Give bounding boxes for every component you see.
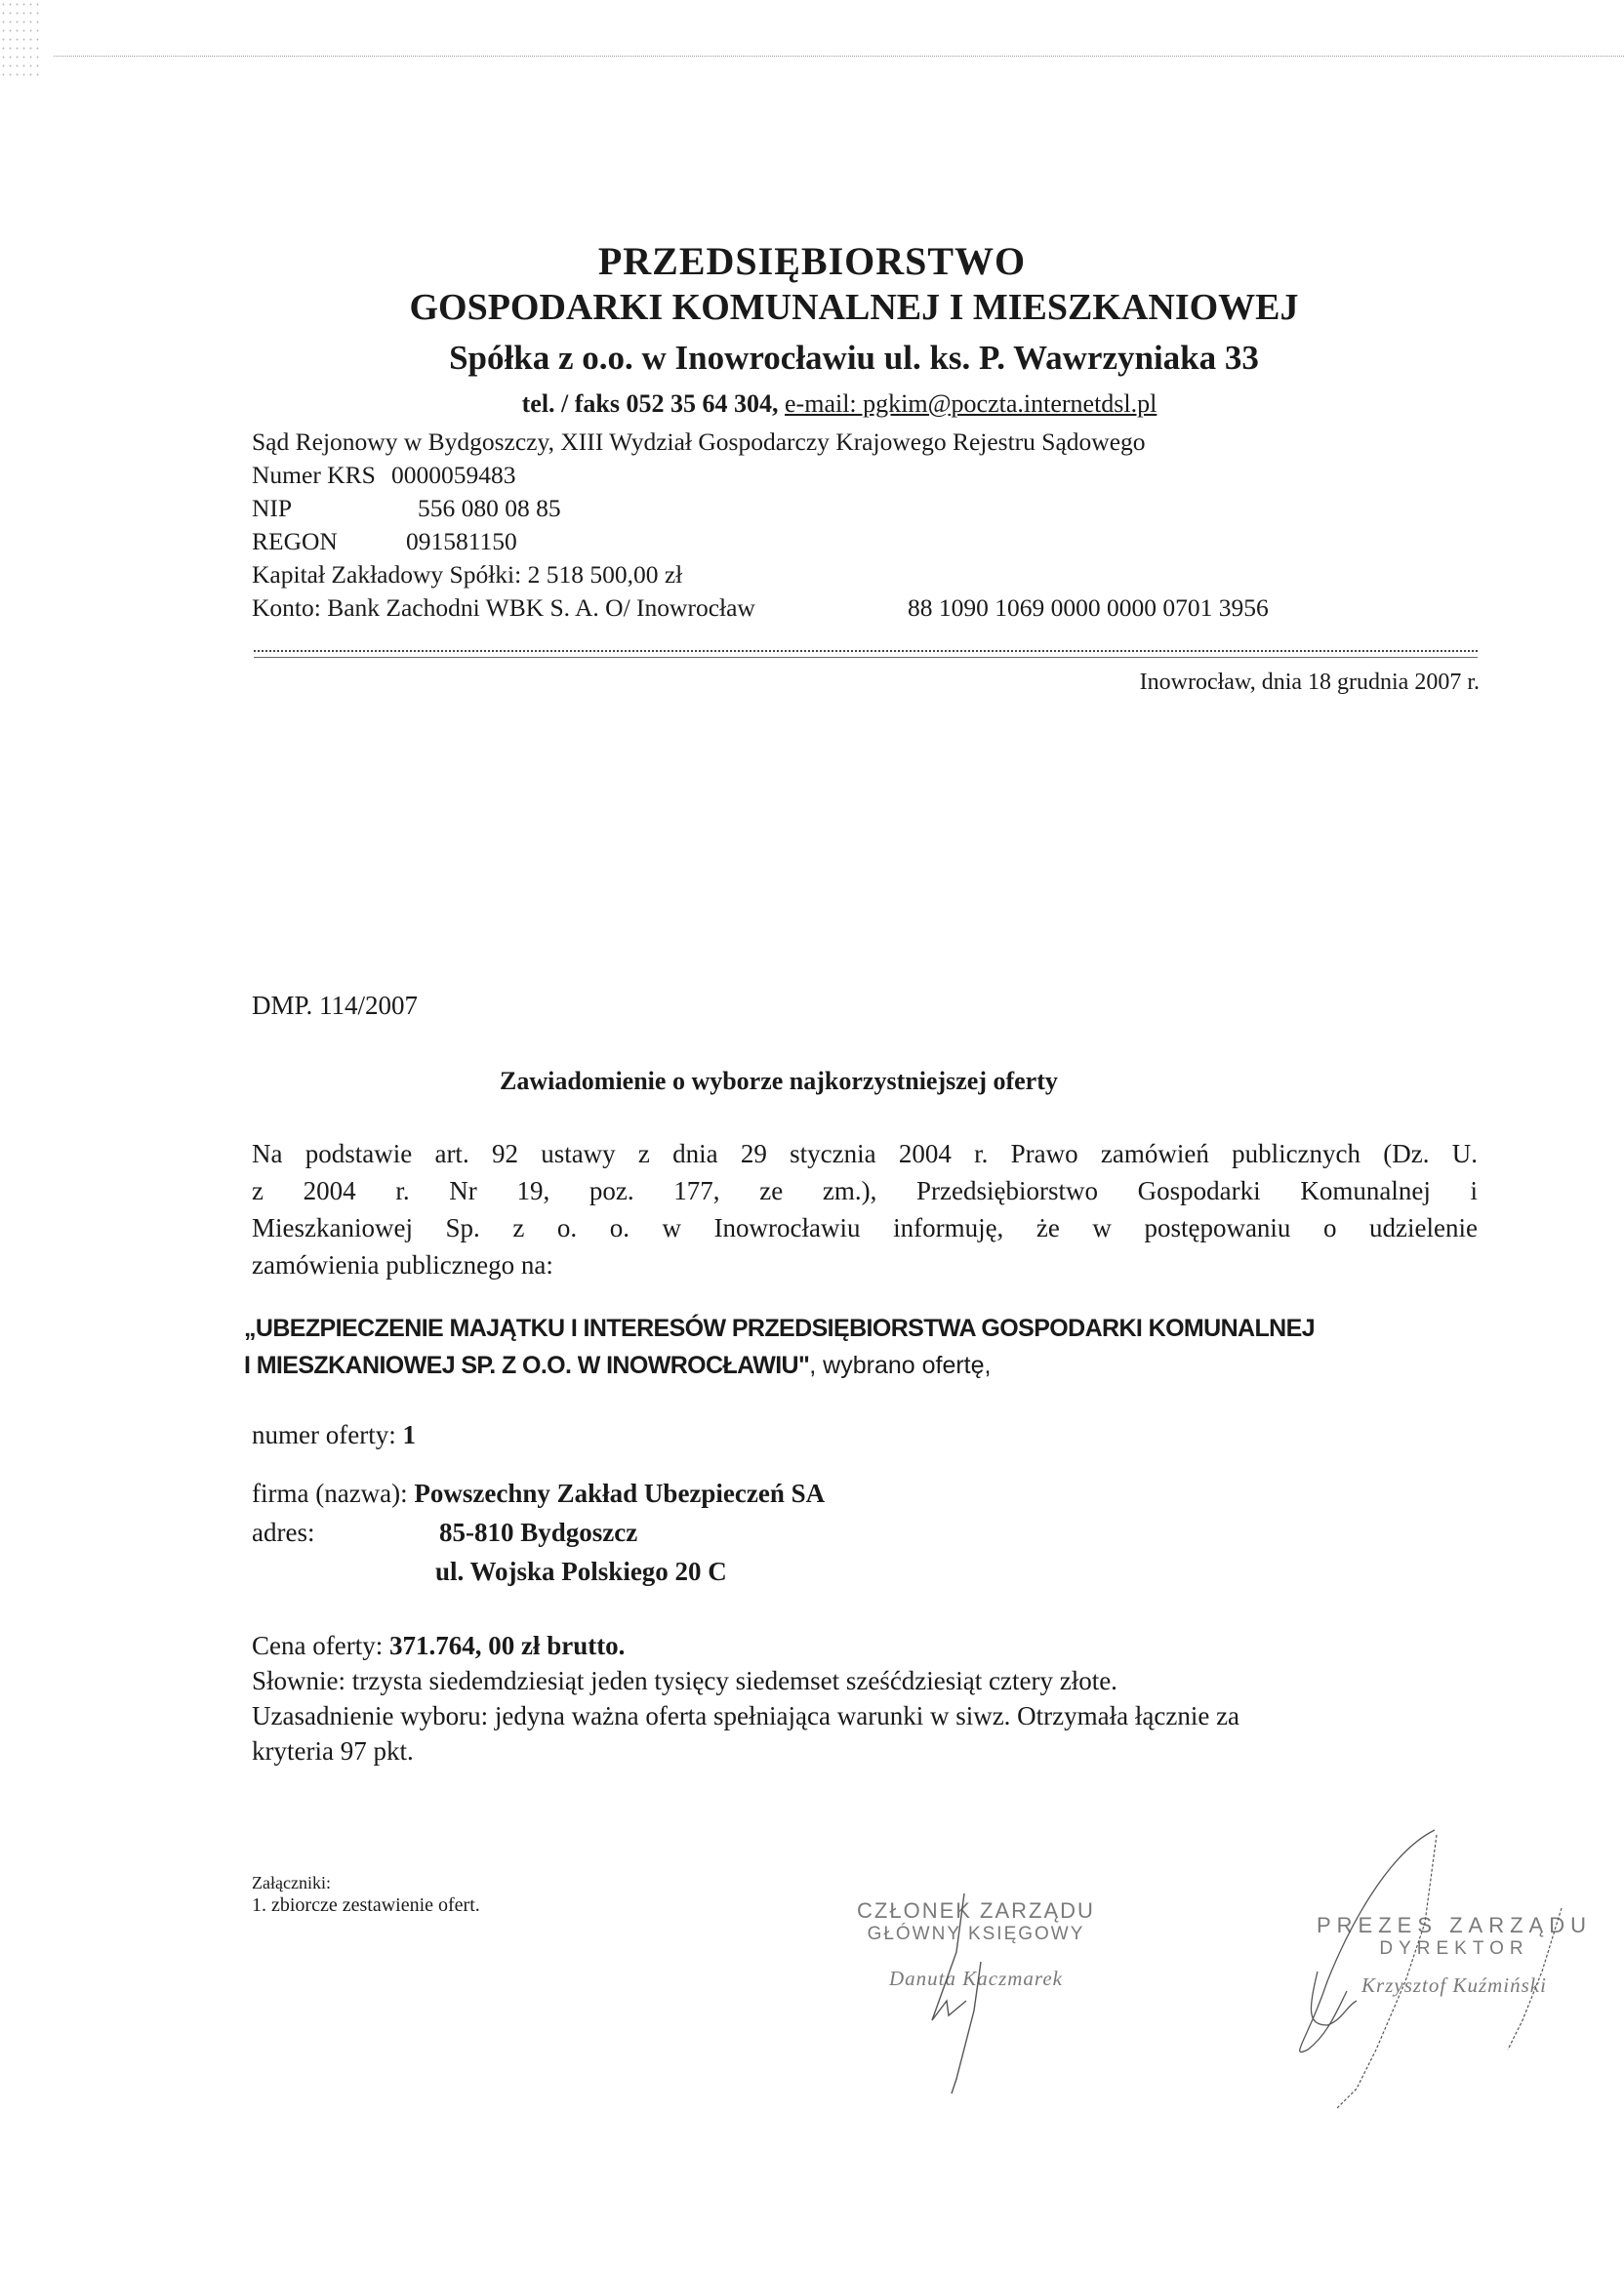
signature-stamp-accountant: CZŁONEK ZARZĄDU GŁÓWNY KSIĘGOWY Danuta K… [830, 1898, 1122, 1991]
bank-account-row: Konto: Bank Zachodni WBK S. A. O/ Inowro… [252, 593, 1501, 623]
letterhead-contact: tel. / faks 052 35 64 304, e-mail: pgkim… [420, 389, 1259, 419]
stamp-role-1: PREZES ZARZĄDU [1308, 1913, 1601, 1938]
offer-number-row: numer oferty: 1 [252, 1420, 416, 1450]
bank-name: Konto: Bank Zachodni WBK S. A. O/ Inowro… [252, 593, 755, 622]
nip-value: 556 080 08 85 [418, 494, 561, 523]
stamp-role-2: DYREKTOR [1308, 1938, 1601, 1960]
letterhead-address: Spółka z o.o. w Inowrocławiu ul. ks. P. … [322, 339, 1386, 378]
krs-row: Numer KRS 0000059483 [252, 461, 837, 490]
offer-number-label: numer oferty: [252, 1420, 396, 1449]
company-row: firma (nazwa): Powszechny Zakład Ubezpie… [252, 1479, 825, 1509]
scan-artifact-line [54, 56, 1624, 57]
offer-number-value: 1 [402, 1420, 416, 1449]
stamp-role-2: GŁÓWNY KSIĘGOWY [830, 1924, 1122, 1945]
header-divider [254, 650, 1478, 658]
attachments: Załączniki: 1. zbiorcze zestawienie ofer… [252, 1872, 480, 1917]
address-label: adres: [252, 1518, 314, 1548]
intro-line: Mieszkaniowej Sp. z o. o. w Inowrocławiu… [252, 1209, 1478, 1246]
date-place: Inowrocław, dnia 18 grudnia 2007 r. [1140, 670, 1480, 696]
attachments-label: Załączniki: [252, 1872, 480, 1894]
stamp-name: Danuta Kaczmarek [830, 1967, 1122, 1991]
subject-line-2: I MIESZKANIOWEJ SP. Z O.O. W INOWROCŁAWI… [244, 1352, 809, 1379]
phone-fax: tel. / faks 052 35 64 304, [522, 389, 779, 418]
regon-value: 091581150 [406, 527, 517, 556]
price-value: 371.764, 00 zł brutto. [389, 1631, 625, 1660]
price-label: Cena oferty: [252, 1631, 383, 1660]
price-in-words: Słownie: trzysta siedemdziesiąt jeden ty… [252, 1663, 1239, 1698]
document-title: Zawiadomienie o wyborze najkorzystniejsz… [500, 1067, 1058, 1096]
address-line-2: ul. Wojska Polskiego 20 C [435, 1557, 727, 1587]
address-line-1: 85-810 Bydgoszcz [439, 1518, 637, 1548]
nip-label: NIP [252, 494, 292, 522]
attachment-item: 1. zbiorcze zestawienie ofert. [252, 1894, 480, 1917]
subject-tail: , wybrano ofertę, [809, 1352, 991, 1379]
justification-line-1: Uzasadnienie wyboru: jedyna ważna oferta… [252, 1698, 1239, 1733]
krs-label: Numer KRS [252, 461, 376, 489]
account-number: 88 1090 1069 0000 0000 0701 3956 [908, 593, 1269, 623]
regon-row: REGON 091581150 [252, 527, 837, 556]
intro-line: z 2004 r. Nr 19, poz. 177, ze zm.), Prze… [252, 1172, 1478, 1209]
subject-line-1: „UBEZPIECZENIE MAJĄTKU I INTERESÓW PRZED… [244, 1310, 1315, 1347]
regon-label: REGON [252, 527, 338, 555]
scan-noise [0, 0, 39, 78]
reference-number: DMP. 114/2007 [252, 991, 418, 1021]
stamp-name: Krzysztof Kuźmiński [1308, 1973, 1601, 1998]
justification-line-2: kryteria 97 pkt. [252, 1733, 1239, 1769]
company-label: firma (nazwa): [252, 1479, 408, 1508]
intro-line: zamówienia publicznego na: [252, 1246, 1478, 1283]
email-link[interactable]: e-mail: pgkim@poczta.internetdsl.pl [785, 389, 1157, 418]
price-section: Cena oferty: 371.764, 00 zł brutto. Słow… [252, 1628, 1239, 1769]
share-capital: Kapitał Zakładowy Spółki: 2 518 500,00 z… [252, 560, 682, 590]
price-row: Cena oferty: 371.764, 00 zł brutto. [252, 1628, 1239, 1663]
court-registry: Sąd Rejonowy w Bydgoszczy, XIII Wydział … [252, 427, 1146, 457]
letterhead-company-name: GOSPODARKI KOMUNALNEJ I MIESZKANIOWEJ [293, 286, 1415, 329]
procurement-subject: „UBEZPIECZENIE MAJĄTKU I INTERESÓW PRZED… [244, 1310, 1315, 1384]
company-value: Powszechny Zakład Ubezpieczeń SA [414, 1479, 825, 1508]
krs-value: 0000059483 [391, 461, 516, 490]
signature-stamp-president: PREZES ZARZĄDU DYREKTOR Krzysztof Kuźmiń… [1308, 1913, 1601, 1998]
stamp-role-1: CZŁONEK ZARZĄDU [830, 1898, 1122, 1924]
intro-paragraph: Na podstawie art. 92 ustawy z dnia 29 st… [252, 1135, 1478, 1283]
nip-row: NIP 556 080 08 85 [252, 494, 837, 523]
intro-line: Na podstawie art. 92 ustawy z dnia 29 st… [252, 1135, 1478, 1172]
letterhead-company-type: PRZEDSIĘBIORSTWO [0, 238, 1624, 284]
